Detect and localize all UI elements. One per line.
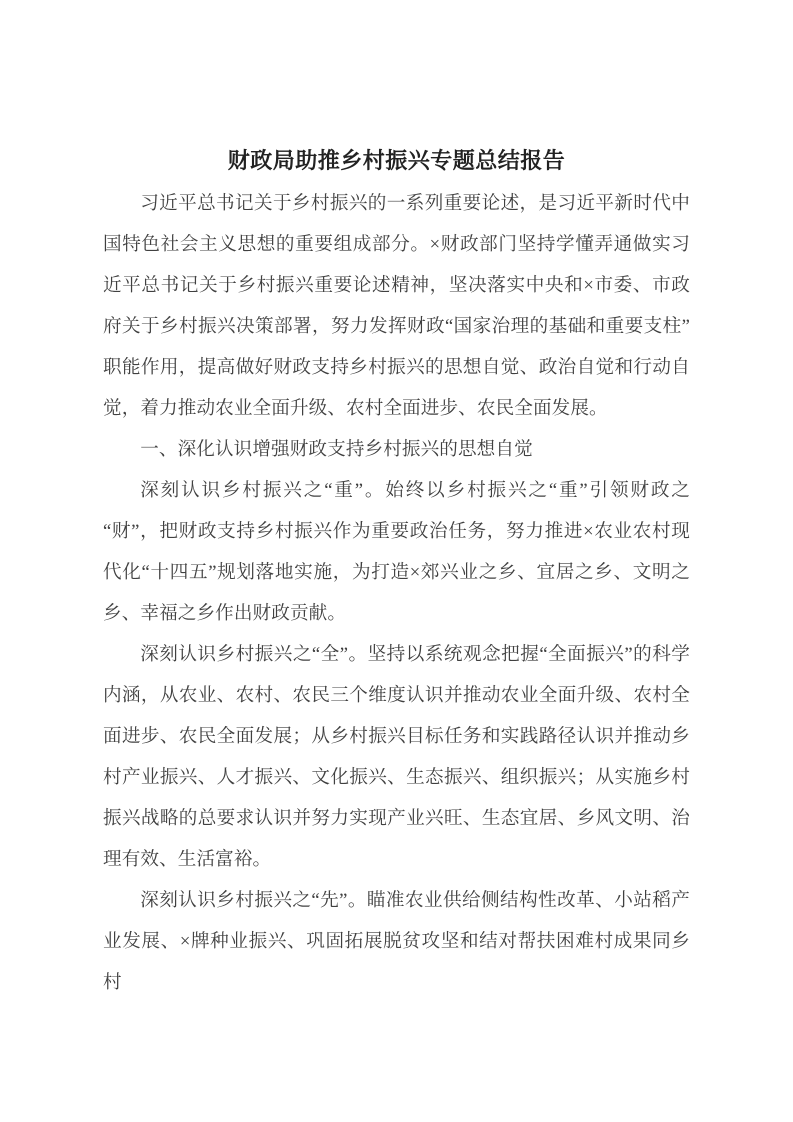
paragraph-understand-quan: 深刻认识乡村振兴之“全”。坚持以系统观念把握“全面振兴”的科学内涵，从农业、农村… bbox=[103, 634, 690, 880]
paragraph-understand-zhong: 深刻认识乡村振兴之“重”。始终以乡村振兴之“重”引领财政之“财”，把财政支持乡村… bbox=[103, 470, 690, 634]
paragraph-understand-xian: 深刻认识乡村振兴之“先”。瞄准农业供给侧结构性改革、小站稻产业发展、×牌种业振兴… bbox=[103, 880, 690, 1003]
document-title: 财政局助推乡村振兴专题总结报告 bbox=[103, 138, 690, 183]
document-page: 财政局助推乡村振兴专题总结报告 习近平总书记关于乡村振兴的一系列重要论述，是习近… bbox=[0, 0, 793, 1122]
paragraph-intro: 习近平总书记关于乡村振兴的一系列重要论述，是习近平新时代中国特色社会主义思想的重… bbox=[103, 183, 690, 429]
section-heading-1: 一、深化认识增强财政支持乡村振兴的思想自觉 bbox=[103, 429, 690, 470]
